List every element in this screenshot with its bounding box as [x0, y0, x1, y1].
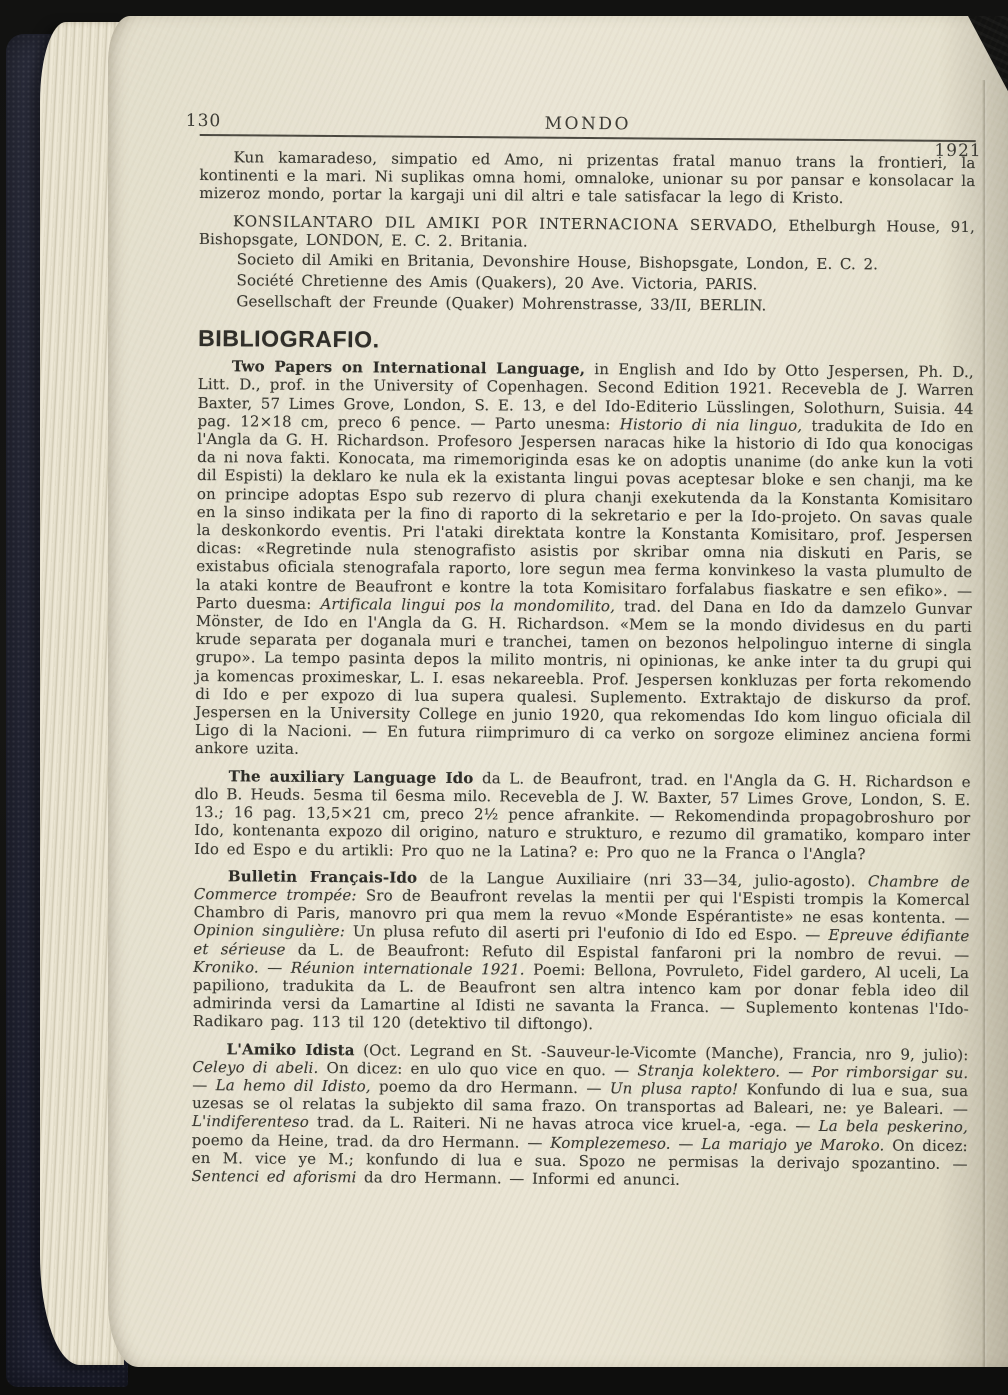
page: 130 MONDO 1921 Kun kamaradeso, simpatio … — [108, 16, 1008, 1367]
page-crease — [982, 80, 987, 1367]
text-run: — — [192, 1076, 216, 1094]
text-run-italic: Stranja kolektero. — [637, 1061, 780, 1080]
review-two-papers: Two Papers on International Language, in… — [195, 357, 974, 764]
text-run: Societo dil Amiki en Britania, Devonshir… — [237, 250, 878, 273]
text-run: — — [259, 958, 291, 976]
review-auxiliary-language: The auxiliary Language Ido da L. de Beau… — [194, 767, 971, 864]
text-run-italic: Celeyo di abeli. — [192, 1058, 318, 1077]
page-header: 130 MONDO 1921 — [200, 100, 976, 142]
page-content: 130 MONDO 1921 Kun kamaradeso, simpatio … — [191, 100, 976, 1200]
text-run-italic: Artificala lingui pos la mondomilito, — [320, 595, 615, 615]
text-run: da dro Hermann. — Informi ed anunci. — [356, 1168, 680, 1189]
text-run: — — [671, 1134, 702, 1152]
book-scan: 130 MONDO 1921 Kun kamaradeso, simpatio … — [0, 0, 1008, 1395]
council-paragraph: KONSILANTARO DIL AMIKI POR INTERNACIONA … — [199, 212, 975, 254]
text-run-italic: Por rimborsigar su. — [812, 1063, 969, 1082]
text-run: Société Chretienne des Amis (Quakers), 2… — [237, 271, 758, 293]
text-run: On dicez: en ulo quo vice en quo. — — [318, 1059, 637, 1080]
year: 1921 — [934, 141, 981, 161]
text-run-italic: Un plusa rapto! — [610, 1079, 738, 1098]
text-run-bold: Bulletin Français-Ido — [228, 867, 417, 886]
text-run: Kun kamaradeso, simpatio ed Amo, ni priz… — [199, 148, 975, 207]
text-run: — — [780, 1062, 812, 1080]
text-run-bold: The auxiliary Language Ido — [229, 767, 474, 787]
text-run-italic: Historio di nia linguo, — [620, 415, 803, 434]
text-run-italic: Sentenci ed aforismi — [191, 1167, 356, 1186]
text-run-italic: La mariajo ye Maroko. — [701, 1135, 884, 1154]
intro-paragraph: Kun kamaradeso, simpatio ed Amo, ni priz… — [199, 148, 975, 209]
text-run: Gesellschaft der Freunde (Quaker) Mohren… — [236, 292, 766, 314]
text-run: poemo da dro Hermann. — — [371, 1077, 610, 1097]
section-heading: BIBLIOGRAFIO. — [198, 329, 974, 353]
text-run: trad. del Dana en Ido da damzelo Gunvar … — [195, 597, 972, 758]
text-run-italic: La hemo dil Idisto, — [216, 1076, 371, 1095]
text-run-italic: Réunion internationale 1921. — [291, 958, 525, 978]
review-bulletin: Bulletin Français-Ido de la Langue Auxil… — [193, 867, 970, 1037]
text-run-bold: L'Amiko Idista — [226, 1040, 354, 1059]
text-run: tradukita de Ido en l'Angla da G. H. Ric… — [196, 417, 974, 613]
text-run-italic: Kroniko. — [193, 958, 259, 977]
text-run-italic: Opinion singulière: — [193, 921, 345, 940]
text-column: Kun kamaradeso, simpatio ed Amo, ni priz… — [191, 148, 975, 1191]
page-number: 130 — [186, 111, 222, 131]
journal-title: MONDO — [545, 114, 631, 135]
text-run-italic: Komplezemeso. — [550, 1133, 671, 1152]
text-run-italic: L'indiferenteso — [192, 1112, 309, 1131]
text-run-italic: La bela peskerino, — [819, 1117, 968, 1136]
review-amiko-idista: L'Amiko Idista (Oct. Legrand en St. -Sau… — [191, 1040, 968, 1192]
